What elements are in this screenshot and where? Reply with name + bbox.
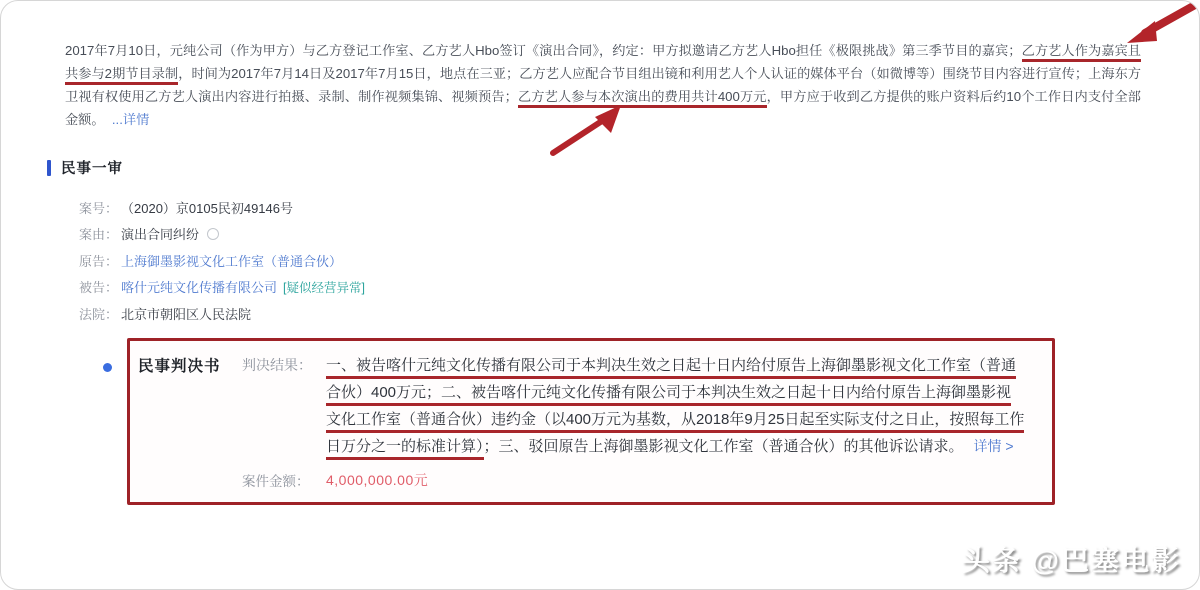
section-title: 民事一审	[61, 157, 123, 178]
summary-more-link[interactable]: ...详情	[112, 112, 149, 127]
case-detail-rows: 案号： （2020）京0105民初49146号 案由： 演出合同纠纷 原告： 上…	[79, 194, 1047, 327]
judgment-result-label: 判决结果：	[242, 352, 326, 375]
section-header: 民事一审	[47, 157, 1047, 178]
cause-label: 案由：	[79, 224, 121, 243]
summary-underlined-2: 乙方艺人参与本次演出的费用共计400万元	[518, 89, 767, 108]
defendant-row: 被告： 喀什元纯文化传播有限公司 [疑似经营异常]	[79, 274, 1047, 301]
judgment-doc-title: 民事判决书	[138, 352, 242, 376]
judgment-result-text: 一、被告喀什元纯文化传播有限公司于本判决生效之日起十日内给付原告上海御墨影视文化…	[326, 352, 1026, 460]
case-amount-value: 4,000,000.00元	[326, 470, 428, 490]
defendant-link[interactable]: 喀什元纯文化传播有限公司	[121, 277, 277, 296]
watermark: 头条 @巴塞电影	[962, 539, 1181, 579]
plaintiff-link[interactable]: 上海御墨影视文化工作室（普通合伙）	[121, 251, 342, 270]
cause-of-action-row: 案由： 演出合同纠纷	[79, 221, 1047, 248]
case-number-value: （2020）京0105民初49146号	[121, 198, 293, 217]
judgment-result-row: 民事判决书 判决结果： 一、被告喀什元纯文化传播有限公司于本判决生效之日起十日内…	[138, 352, 1042, 460]
civil-case-section: 民事一审 案号： （2020）京0105民初49146号 案由： 演出合同纠纷 …	[47, 157, 1047, 327]
judgment-detail-link[interactable]: 详情 >	[974, 438, 1014, 454]
case-summary: 2017年7月10日，元纯公司（作为甲方）与乙方登记工作室、乙方艺人Hbo签订《…	[65, 39, 1141, 131]
plaintiff-label: 原告：	[79, 251, 121, 270]
judgment-rest-text: ；三、驳回原告上海御墨影视文化工作室（普通合伙）的其他诉讼请求。	[484, 438, 964, 455]
page: 2017年7月10日，元纯公司（作为甲方）与乙方登记工作室、乙方艺人Hbo签订《…	[0, 0, 1200, 590]
section-accent-bar-icon	[47, 160, 51, 176]
plaintiff-row: 原告： 上海御墨影视文化工作室（普通合伙）	[79, 247, 1047, 274]
case-amount-label: 案件金额：	[242, 470, 326, 490]
bullet-dot-icon	[103, 363, 112, 372]
help-icon[interactable]	[207, 228, 219, 240]
case-number-row: 案号： （2020）京0105民初49146号	[79, 194, 1047, 221]
court-row: 法院： 北京市朝阳区人民法院	[79, 300, 1047, 327]
case-number-label: 案号：	[79, 198, 121, 217]
court-value: 北京市朝阳区人民法院	[121, 304, 251, 323]
defendant-label: 被告：	[79, 277, 121, 296]
judgment-annotation-box: 民事判决书 判决结果： 一、被告喀什元纯文化传播有限公司于本判决生效之日起十日内…	[127, 338, 1055, 505]
cause-value: 演出合同纠纷	[121, 224, 199, 243]
case-amount-row: 案件金额： 4,000,000.00元	[138, 470, 1042, 490]
court-label: 法院：	[79, 304, 121, 323]
summary-text-1: 2017年7月10日，元纯公司（作为甲方）与乙方登记工作室、乙方艺人Hbo签订《…	[65, 43, 1022, 58]
defendant-status-tag: [疑似经营异常]	[283, 278, 365, 296]
